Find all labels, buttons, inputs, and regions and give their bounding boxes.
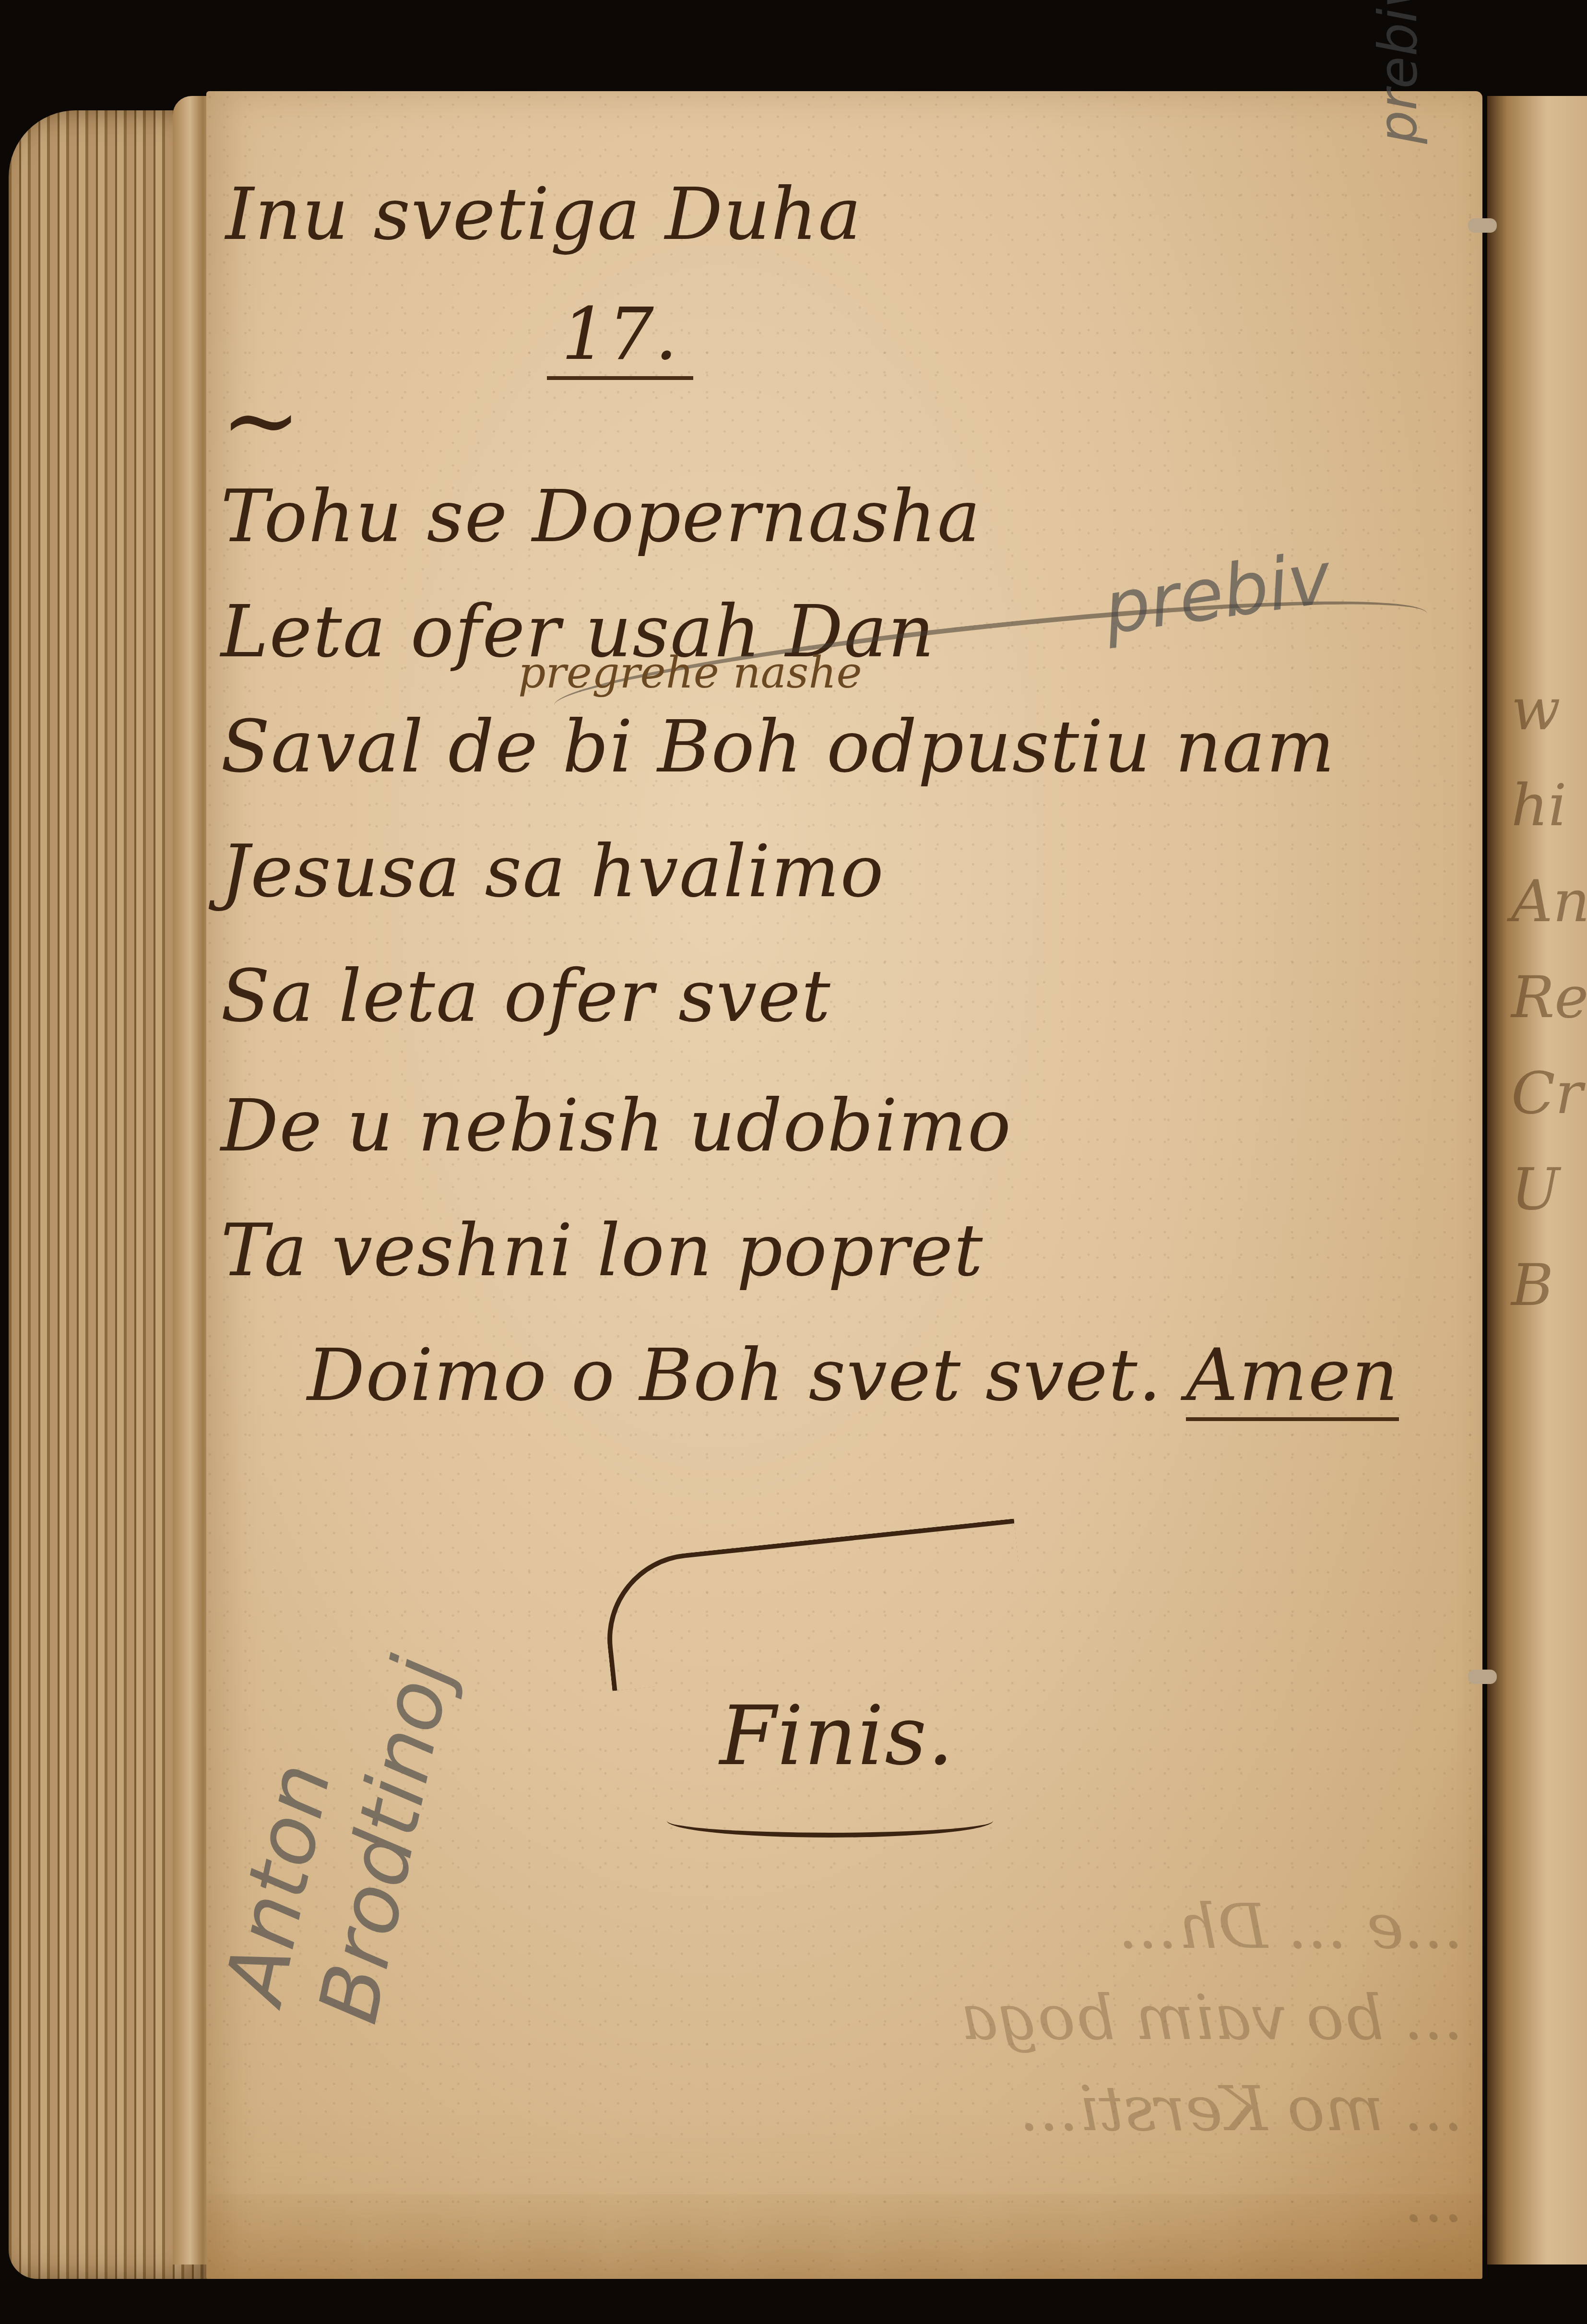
finis-flourish-bottom — [667, 1804, 993, 1838]
final-verse-text: Doimo o Boh svet svet. — [307, 1334, 1162, 1417]
bleed-line: ...e ... Dh... — [552, 1881, 1463, 1972]
book-photo: w hi An Re Cr U B Inu svetiga Duha 17. ~… — [0, 0, 1587, 2324]
bleed-line: ... — [552, 2154, 1463, 2245]
pencil-margin-note: prebivalce — [1367, 0, 1429, 144]
binding-thread — [1468, 1670, 1497, 1684]
interlinear-insertion: pregrehe nashe — [518, 648, 862, 698]
facing-fragment: An — [1511, 854, 1587, 950]
bleed-line: ... mo Kersti... — [552, 2063, 1463, 2154]
verse-line: Saval de bi Boh odpustiu nam — [221, 705, 1336, 789]
facing-fragment: w — [1511, 662, 1587, 758]
facing-page-text: w hi An Re Cr U B — [1511, 662, 1587, 2101]
verse-line: Jesusa sa hvalimo — [221, 830, 885, 913]
verse-line: Tohu se Dopernasha — [221, 475, 981, 558]
section-number: 17. — [547, 293, 693, 380]
ornament-flourish: ~ — [221, 365, 302, 476]
verse-line: Ta veshni lon popret — [221, 1209, 984, 1292]
facing-fragment: hi — [1511, 758, 1587, 854]
heading-line: Inu svetiga Duha — [225, 173, 862, 256]
verse-line: Sa leta ofer svet — [221, 955, 831, 1038]
verse-line-final: Doimo o Boh svet svet. Amen — [307, 1334, 1399, 1417]
amen-word: Amen — [1186, 1334, 1399, 1421]
bleed-through-text: ...e ... Dh... ... bo vaim boga ... mo K… — [552, 1881, 1463, 2245]
bleed-line: ... bo vaim boga — [552, 1972, 1463, 2063]
colophon-finis: Finis. — [720, 1689, 954, 1784]
binding-thread — [1468, 218, 1497, 233]
facing-fragment: B — [1511, 1238, 1587, 1334]
facing-fragment: U — [1511, 1142, 1587, 1238]
facing-fragment: Cr — [1511, 1046, 1587, 1142]
facing-fragment: Re — [1511, 950, 1587, 1046]
verse-line: De u nebish udobimo — [221, 1084, 1012, 1168]
